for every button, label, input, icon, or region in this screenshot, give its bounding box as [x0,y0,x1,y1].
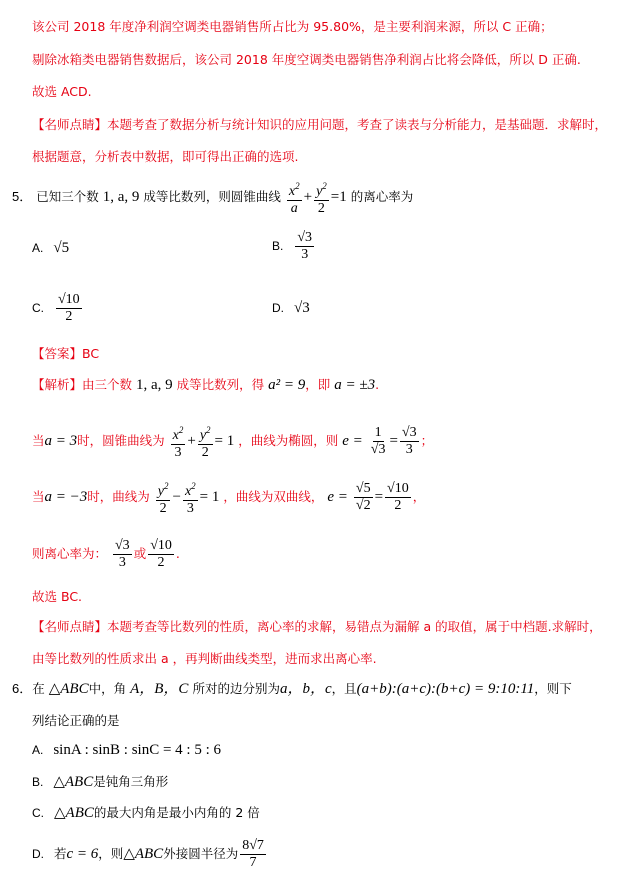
q5-option-b: B.√33 [272,230,316,263]
question-number: 5． [12,189,32,204]
q5-stem-text-b: 成等比数列，则圆锥曲线 [143,189,281,204]
q5-case-2: 当a = −3时，曲线为 y22−x23= 1 ，曲线为双曲线， e = √5√… [32,478,425,517]
tip-label: 【名师点睛】 [32,117,107,132]
q5-stem-text-c: 的离心率为 [351,189,414,204]
q5-stem-text-a: 已知三个数 [36,189,99,204]
q5-option-a: A.√5 [32,240,69,257]
fraction-y2-over-2: y2 2 [314,178,329,217]
q5-option-d: D.√3 [272,300,310,317]
q5-tip-line-1: 【名师点睛】本题考查等比数列的性质，离心率的求解，易错点为漏解 a 的取值，属于… [32,618,602,636]
prev-tip-line-1: 【名师点睛】本题考查了数据分析与统计知识的应用问题，考查了读表与分析能力，是基础… [32,116,607,134]
q5-sequence: 1, a, 9 [103,189,140,205]
q6-option-b: B.△ABC是钝角三角形 [32,772,168,791]
q5-case-1: 当a = 3时，圆锥曲线为 x23+y22= 1 ，曲线为椭圆，则 e = 1√… [32,422,433,461]
tip-text: 本题考查了数据分析与统计知识的应用问题，考查了读表与分析能力，是基础题．求解时， [107,117,607,132]
q5-final: 故选 BC. [32,588,82,606]
q5-conclusion: 则离心率为： √33或√102. [32,538,180,571]
q5-tip-line-2: 由等比数列的性质求出 a ，再判断曲线类型，进而求出离心率. [32,650,377,668]
prev-solution-conclusion: 故选 ACD. [32,83,92,101]
q5-stem: 5． 已知三个数 1, a, 9 成等比数列，则圆锥曲线 x2 a + y2 2… [12,178,413,217]
prev-solution-line-2: 剔除冰箱类电器销售数据后，该公司 2018 年度空调类电器销售净利润占比将会降低… [32,51,581,69]
prev-solution-line-1: 该公司 2018 年度净利润空调类电器销售所占比为 95.80%，是主要利润来源… [32,18,553,36]
q6-option-a: A.sinA : sinB : sinC = 4 : 5 : 6 [32,742,221,759]
q5-option-c: C.√102 [32,292,84,325]
q6-stem-line-2: 列结论正确的是 [32,712,120,730]
q6-stem-line-1: 6．在 △ABC中，角 A，B，C 所对的边分别为a，b，c，且(a+b):(a… [12,680,572,698]
prev-tip-line-2: 根据题意，分析表中数据，即可得出正确的选项. [32,148,298,166]
q6-option-d: D.若c = 6，则△ABC外接圆半径为8√77 [32,838,268,871]
q6-option-c: C.△ABC的最大内角是最小内角的 2 倍 [32,803,260,822]
fraction-x2-over-a: x2 a [287,178,302,217]
q5-analysis-line-1: 【解析】由三个数 1, a, 9 成等比数列，得 a² = 9，即 a = ±3… [32,376,379,394]
q5-answer: 【答案】BC [32,345,99,363]
